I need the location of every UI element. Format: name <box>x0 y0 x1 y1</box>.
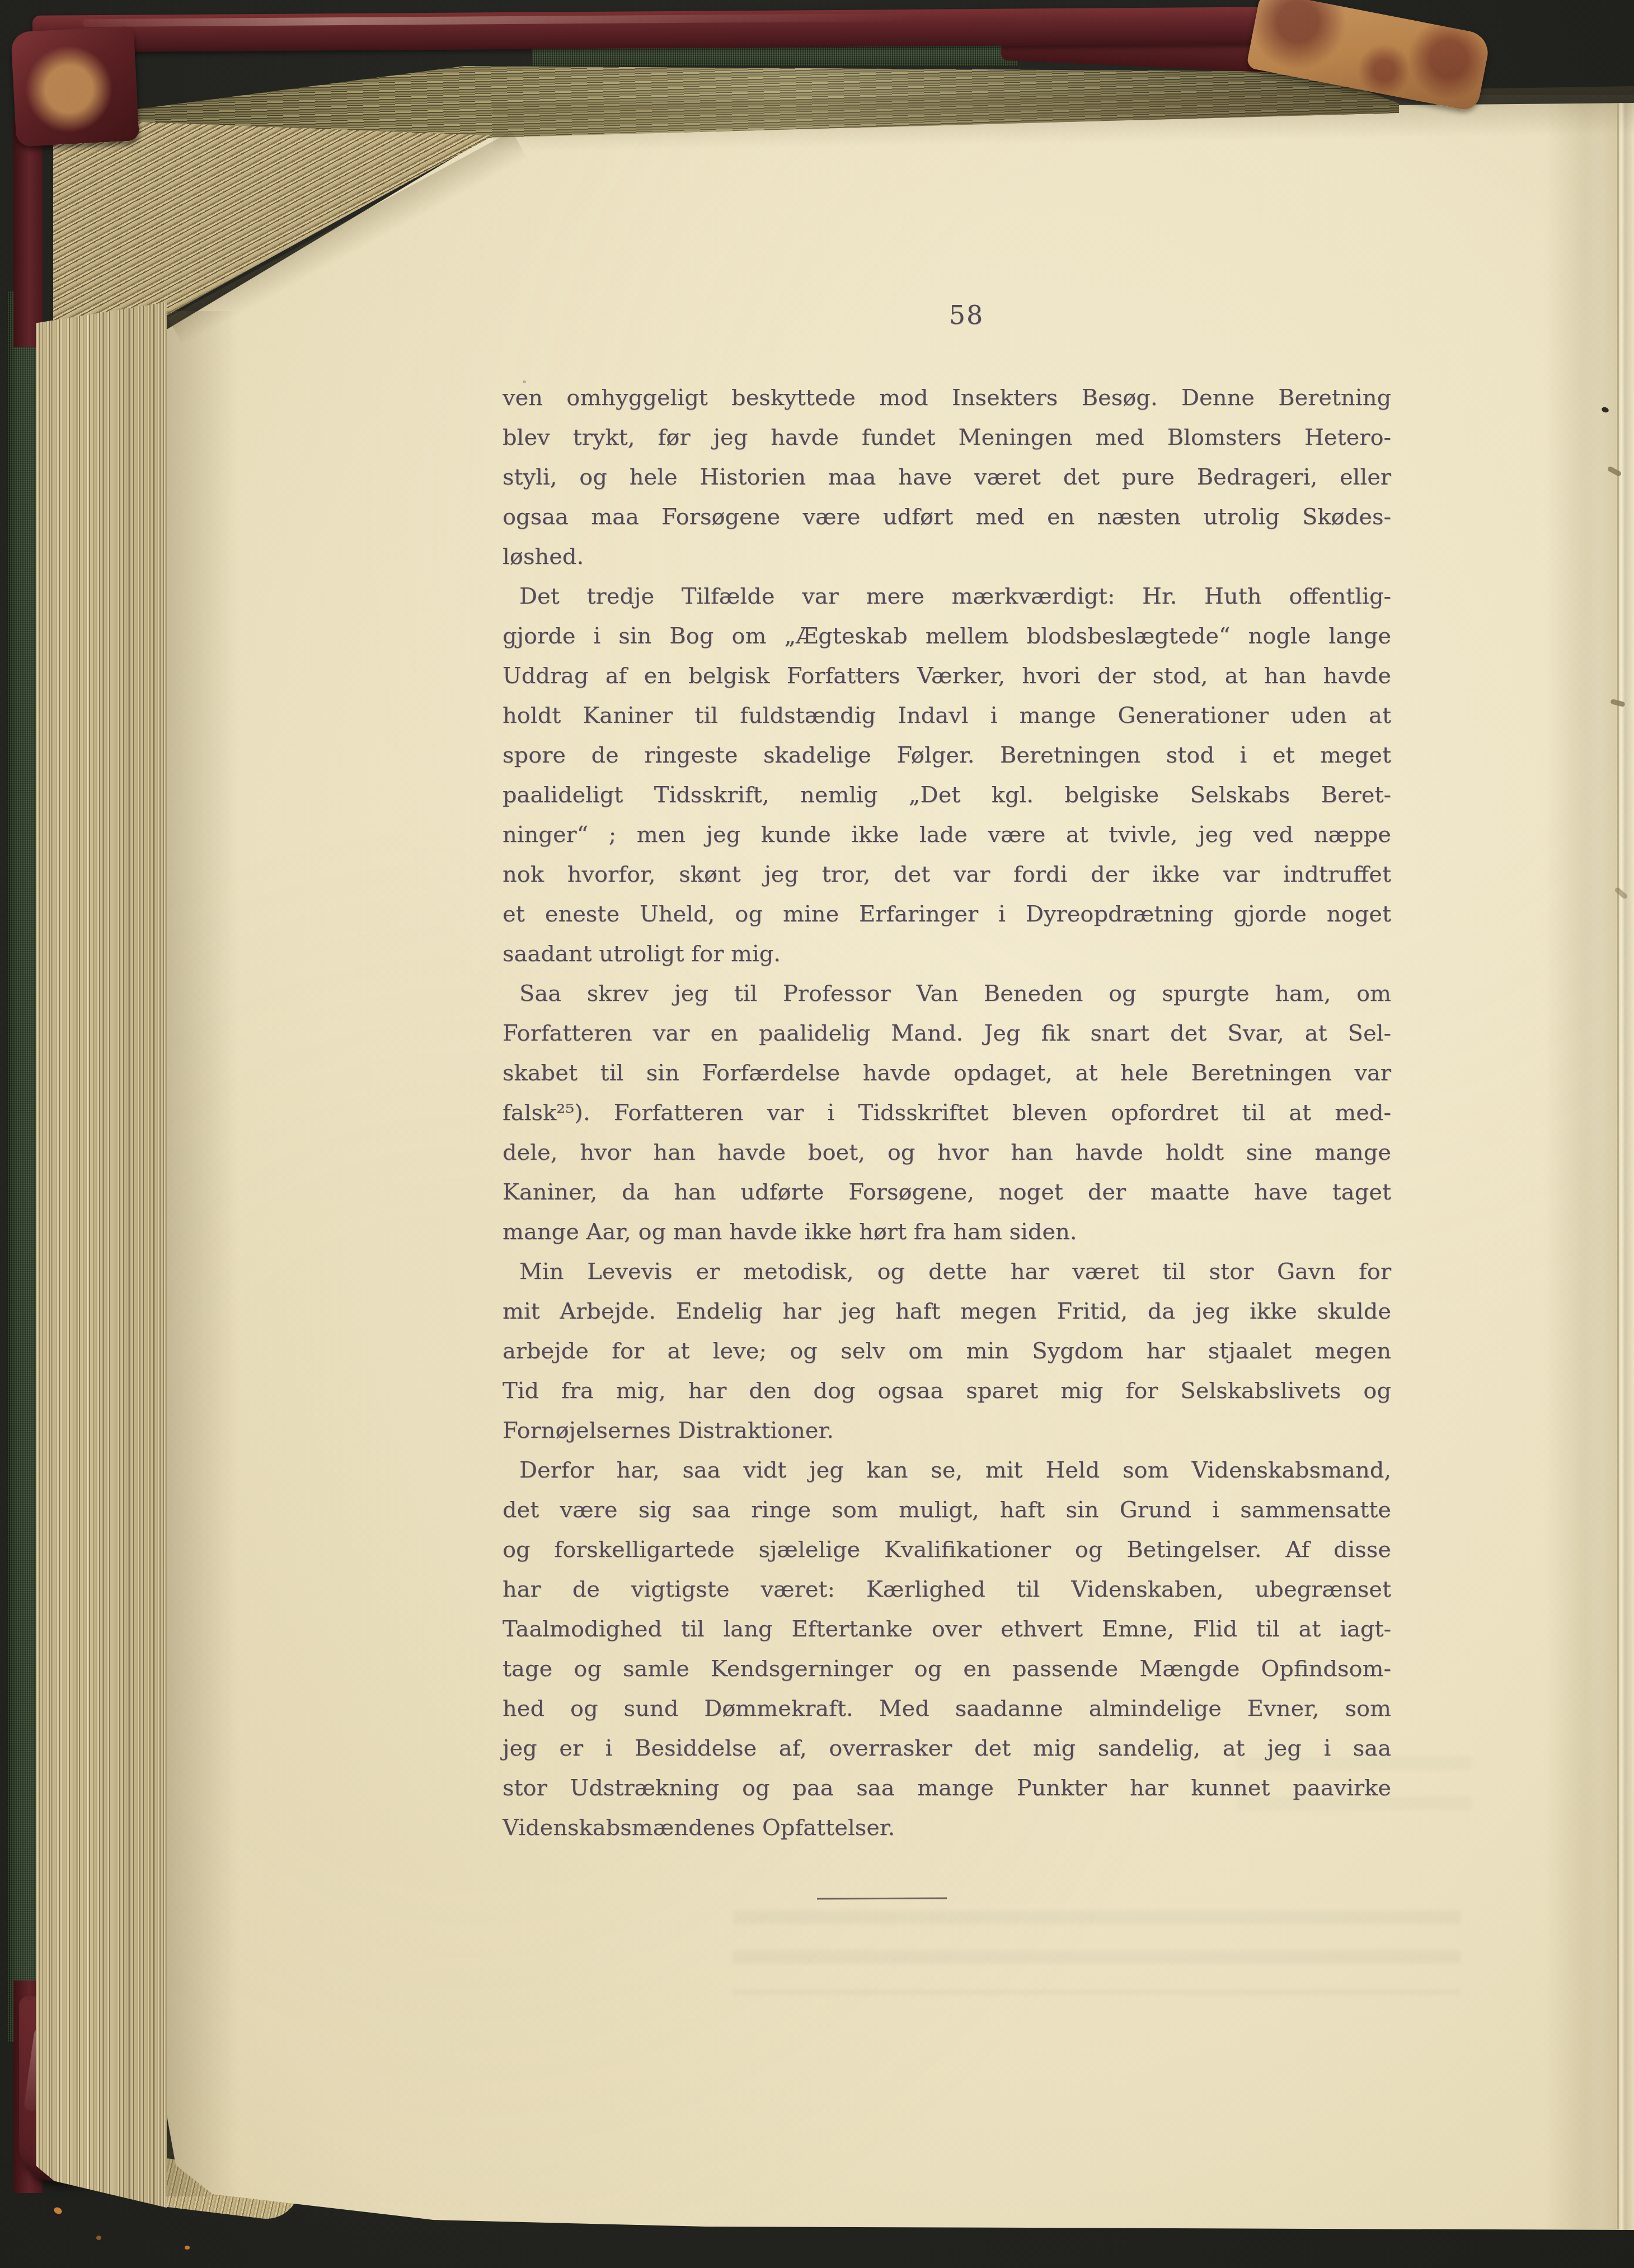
text-line: stor Udstrækning og paa saa mange Punkte… <box>503 1768 1391 1808</box>
text-line: holdt Kaniner til fuldstændig Indavl i m… <box>503 696 1391 736</box>
text-line: Taalmodighed til lang Eftertanke over et… <box>503 1610 1391 1649</box>
text-line: tage og samle Kendsgerninger og en passe… <box>503 1649 1391 1689</box>
cover-cloth-left-edge <box>7 291 40 2042</box>
text-line: ogsaa maa Forsøgene være udført med en n… <box>503 497 1391 537</box>
debris-speck <box>96 2236 101 2240</box>
text-block: ven omhyggeligt beskyttede mod Insekters… <box>503 378 1391 1848</box>
text-line: har de vigtigste været: Kærlighed til Vi… <box>503 1570 1391 1610</box>
book-photo: 58 ven omhyggeligt beskyttede mod Insekt… <box>0 0 1634 2268</box>
debris-speck <box>185 2246 190 2250</box>
text-line: og forskelligartede sjælelige Kvalifikat… <box>503 1530 1391 1570</box>
text-line: styli, og hele Historien maa have været … <box>503 458 1391 497</box>
text-line: gjorde i sin Bog om „Ægteskab mellem blo… <box>503 617 1391 656</box>
text-line: mange Aar, og man havde ikke hørt fra ha… <box>503 1212 1391 1252</box>
text-line: Det tredje Tilfælde var mere mærkværdigt… <box>503 577 1391 617</box>
text-line: Kaniner, da han udførte Forsøgene, noget… <box>503 1173 1391 1212</box>
text-line: dele, hvor han havde boet, og hvor han h… <box>503 1133 1391 1173</box>
text-line: arbejde for at leve; og selv om min Sygd… <box>503 1331 1391 1371</box>
text-line: saadant utroligt for mig. <box>503 934 1391 974</box>
page-edges-fore-stack <box>36 302 167 2215</box>
gutter-crease-line <box>1617 103 1619 2229</box>
text-line: Videnskabsmændenes Opfattelser. <box>503 1808 1391 1848</box>
page-fore-edge-shadow <box>166 311 238 2196</box>
text-line: Tid fra mig, har den dog ogsaa sparet mi… <box>503 1371 1391 1411</box>
text-line: skabet til sin Forfærdelse havde opdaget… <box>503 1053 1391 1093</box>
text-line: Fornøjelsernes Distraktioner. <box>503 1411 1391 1451</box>
text-line: ninger“ ; men jeg kunde ikke lade være a… <box>503 815 1391 855</box>
page-number: 58 <box>503 300 1391 330</box>
text-line: Saa skrev jeg til Professor Van Beneden … <box>503 974 1391 1014</box>
text-line: et eneste Uheld, og mine Erfaringer i Dy… <box>503 895 1391 934</box>
gutter-shading <box>1544 103 1634 2230</box>
text-line: jeg er i Besiddelse af, overrasker det m… <box>503 1729 1391 1768</box>
text-line: Min Levevis er metodisk, og dette har væ… <box>503 1252 1391 1292</box>
debris-speck <box>53 2206 63 2215</box>
cover-leather-left-upper <box>13 123 43 347</box>
text-line: Derfor har, saa vidt jeg kan se, mit Hel… <box>503 1451 1391 1490</box>
text-line: Forfatteren var en paalidelig Mand. Jeg … <box>503 1014 1391 1053</box>
text-line: paalideligt Tidsskrift, nemlig „Det kgl.… <box>503 775 1391 815</box>
text-line: løshed. <box>503 537 1391 577</box>
text-line: Uddrag af en belgisk Forfatters Værker, … <box>503 656 1391 696</box>
text-line: spore de ringeste skadelige Følger. Bere… <box>503 736 1391 775</box>
text-line: nok hvorfor, skønt jeg tror, det var for… <box>503 855 1391 895</box>
text-line: ven omhyggeligt beskyttede mod Insekters… <box>503 378 1391 418</box>
text-line: blev trykt, før jeg havde fundet Meninge… <box>503 418 1391 458</box>
text-line: falsk²⁵). Forfatteren var i Tidsskriftet… <box>503 1093 1391 1133</box>
text-line: mit Arbejde. Endelig har jeg haft megen … <box>503 1292 1391 1331</box>
text-line: hed og sund Dømmekraft. Med saadanne alm… <box>503 1689 1391 1729</box>
text-line: det være sig saa ringe som muligt, haft … <box>503 1490 1391 1530</box>
cover-leather-corner-top-left <box>11 26 139 147</box>
